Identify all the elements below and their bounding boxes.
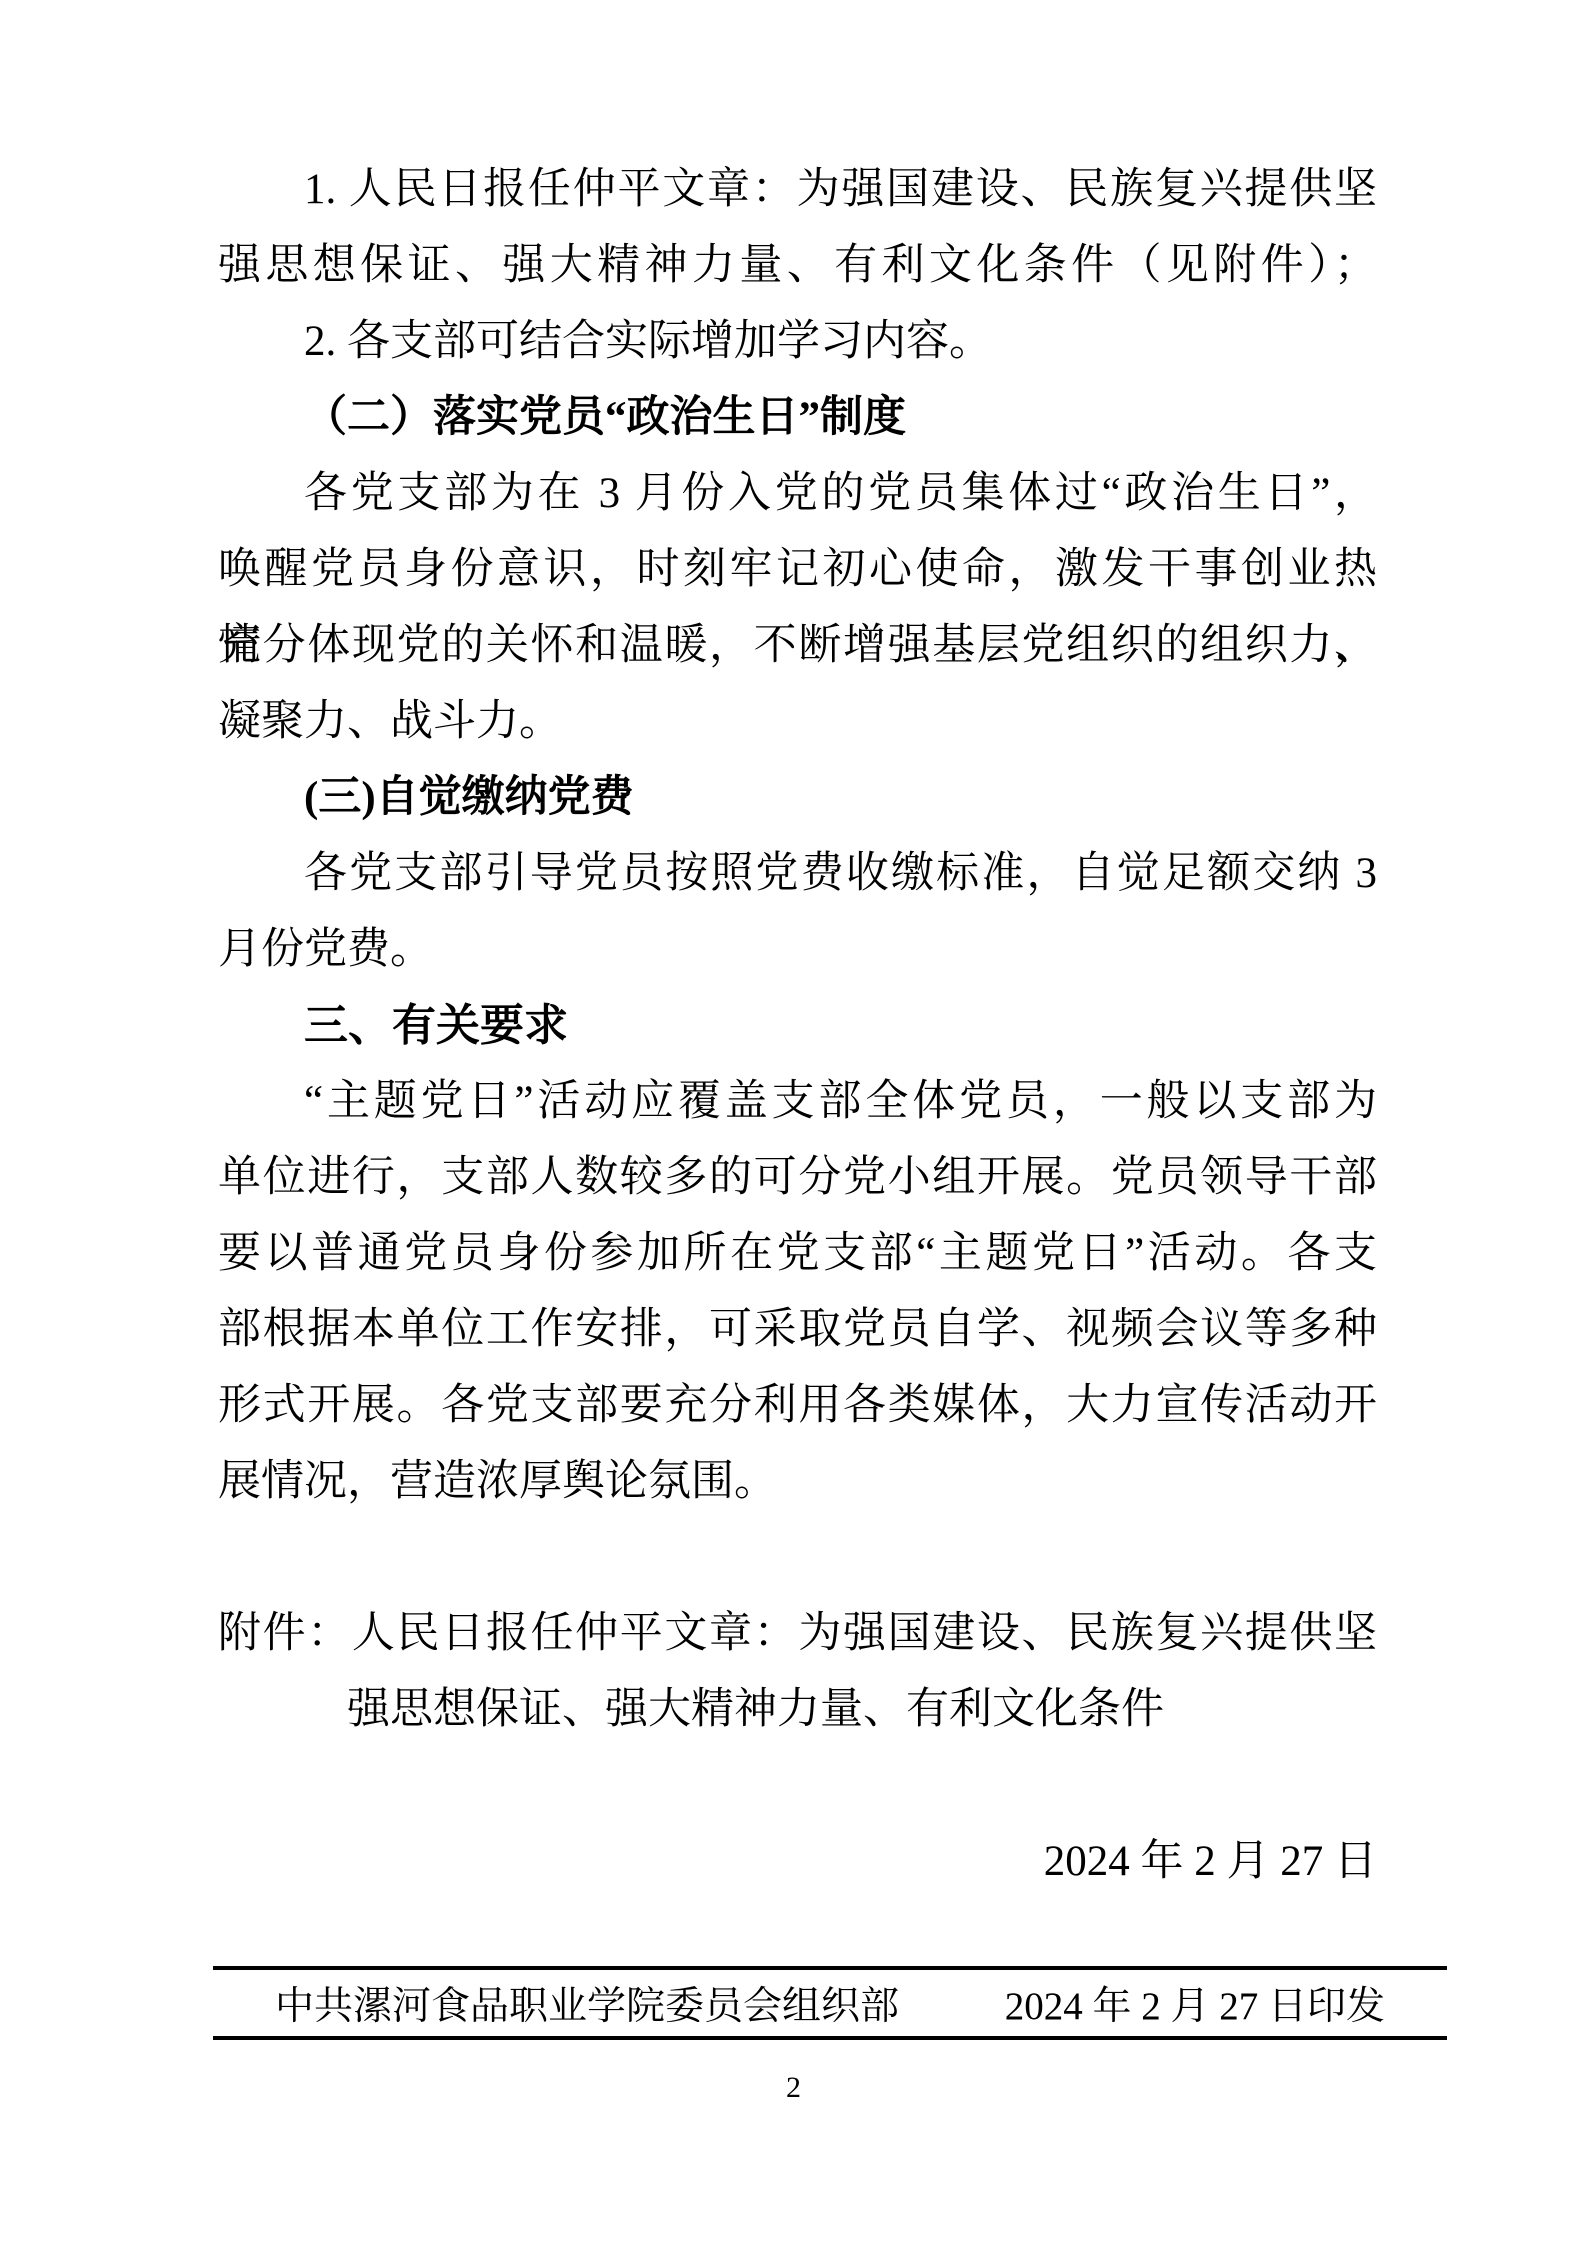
body-text-line: 强思想保证、强大精神力量、有利文化条件（见附件）； bbox=[218, 228, 1377, 304]
page-number: 2 bbox=[0, 2064, 1587, 2112]
body-text-line: 强思想保证、强大精神力量、有利文化条件 bbox=[218, 1672, 1377, 1748]
body-text-line: 展情况，营造浓厚舆论氛围。 bbox=[218, 1444, 1377, 1520]
body-text-line: 部根据本单位工作安排，可采取党员自学、视频会议等多种 bbox=[218, 1292, 1377, 1368]
section-heading-kaiti: (三)自觉缴纳党费 bbox=[218, 760, 1377, 836]
blank-line bbox=[218, 1520, 1377, 1596]
body-text-line: 1. 人民日报任仲平文章：为强国建设、民族复兴提供坚 bbox=[218, 152, 1377, 228]
body-text-line: 充分体现党的关怀和温暖，不断增强基层党组织的组织力、 bbox=[218, 608, 1377, 684]
document-page: 1. 人民日报任仲平文章：为强国建设、民族复兴提供坚强思想保证、强大精神力量、有… bbox=[0, 0, 1587, 2245]
footer-issuing-org: 中共漯河食品职业学院委员会组织部 bbox=[275, 1975, 899, 2031]
footer-print-date: 2024 年 2 月 27 日印发 bbox=[1005, 1975, 1385, 2031]
body-text-line: “主题党日”活动应覆盖支部全体党员，一般以支部为 bbox=[218, 1064, 1377, 1140]
body-text-line: 附件：人民日报任仲平文章：为强国建设、民族复兴提供坚 bbox=[218, 1596, 1377, 1672]
body-text-line: 月份党费。 bbox=[218, 912, 1377, 988]
body-text-line: 2. 各支部可结合实际增加学习内容。 bbox=[218, 304, 1377, 380]
footer-rule-bottom bbox=[213, 2036, 1447, 2040]
body-text-line: 凝聚力、战斗力。 bbox=[218, 684, 1377, 760]
body-text-line: 要以普通党员身份参加所在党支部“主题党日”活动。各支 bbox=[218, 1216, 1377, 1292]
signature-date: 2024 年 2 月 27 日 bbox=[218, 1824, 1377, 1900]
section-heading-hei: 三、有关要求 bbox=[218, 988, 1377, 1064]
document-body: 1. 人民日报任仲平文章：为强国建设、民族复兴提供坚强思想保证、强大精神力量、有… bbox=[218, 152, 1377, 1748]
body-text-line: 各党支部引导党员按照党费收缴标准，自觉足额交纳 3 bbox=[218, 836, 1377, 912]
body-text-line: 单位进行，支部人数较多的可分党小组开展。党员领导干部 bbox=[218, 1140, 1377, 1216]
body-text-line: 唤醒党员身份意识，时刻牢记初心使命，激发干事创业热情， bbox=[218, 532, 1377, 608]
body-text-line: 各党支部为在 3 月份入党的党员集体过“政治生日”， bbox=[218, 456, 1377, 532]
section-heading-kaiti: （二）落实党员“政治生日”制度 bbox=[218, 380, 1377, 456]
footer-imprint: 中共漯河食品职业学院委员会组织部 2024 年 2 月 27 日印发 bbox=[213, 1970, 1447, 2036]
body-text-line: 形式开展。各党支部要充分利用各类媒体，大力宣传活动开 bbox=[218, 1368, 1377, 1444]
